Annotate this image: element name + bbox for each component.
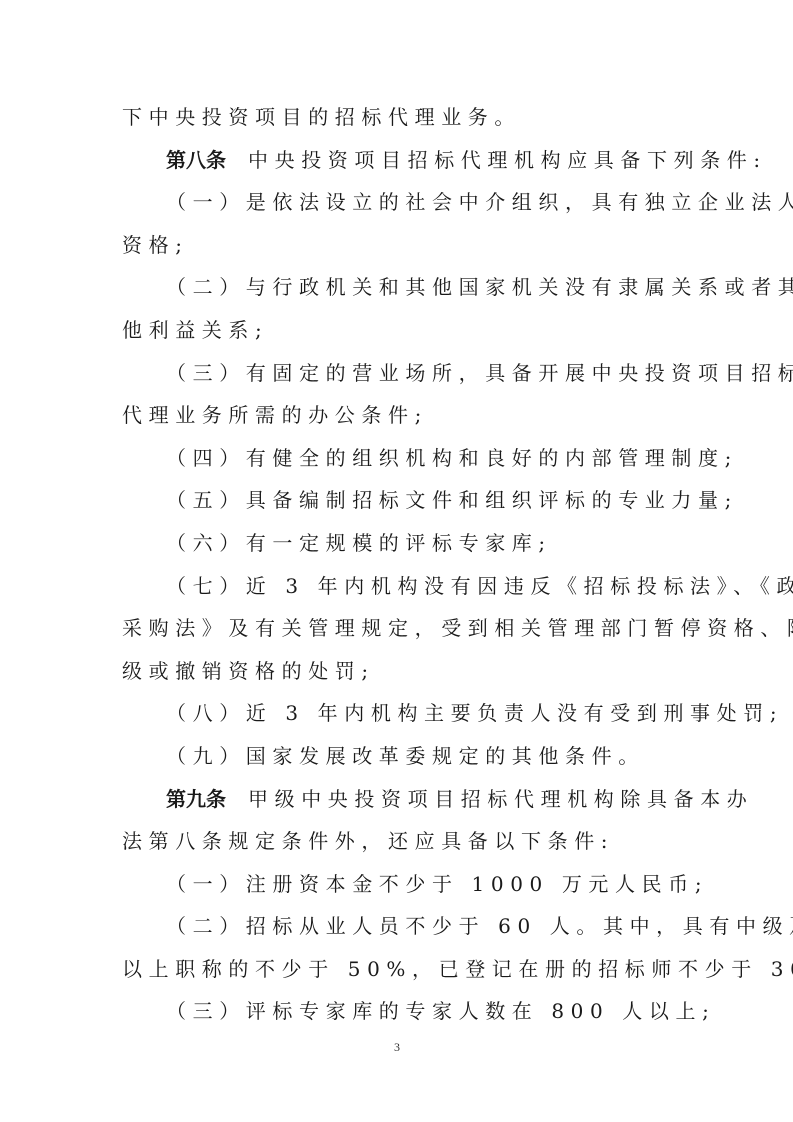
article-label: 第九条 bbox=[166, 787, 226, 811]
article-label: 第八条 bbox=[166, 148, 226, 172]
text-line: （八）近 3 年内机构主要负责人没有受到刑事处罚; bbox=[122, 692, 674, 735]
page-number: 3 bbox=[390, 1040, 404, 1055]
article-text: 中央投资项目招标代理机构应具备下列条件: bbox=[248, 148, 767, 172]
text-line: （五）具备编制招标文件和组织评标的专业力量; bbox=[122, 479, 674, 522]
text-line: （三）评标专家库的专家人数在 800 人以上; bbox=[122, 990, 674, 1033]
text-line: 资格; bbox=[122, 224, 674, 267]
article-9-heading-line: 第九条甲级中央投资项目招标代理机构除具备本办 bbox=[122, 778, 674, 821]
text-line: 下中央投资项目的招标代理业务。 bbox=[122, 96, 674, 139]
text-line: （一）是依法设立的社会中介组织，具有独立企业法人 bbox=[122, 181, 674, 224]
text-line: 以上职称的不少于 50%，已登记在册的招标师不少于 30%; bbox=[122, 948, 674, 991]
text-line: 级或撤销资格的处罚; bbox=[122, 650, 674, 693]
text-line: （一）注册资本金不少于 1000 万元人民币; bbox=[122, 863, 674, 906]
text-line: （二）与行政机关和其他国家机关没有隶属关系或者其 bbox=[122, 266, 674, 309]
text-line: 法第八条规定条件外，还应具备以下条件: bbox=[122, 820, 674, 863]
text-line: （三）有固定的营业场所，具备开展中央投资项目招标 bbox=[122, 352, 674, 395]
article-text: 甲级中央投资项目招标代理机构除具备本办 bbox=[248, 787, 753, 811]
article-8-heading-line: 第八条中央投资项目招标代理机构应具备下列条件: bbox=[122, 139, 674, 182]
text-line: （六）有一定规模的评标专家库; bbox=[122, 522, 674, 565]
document-page: 下中央投资项目的招标代理业务。 第八条中央投资项目招标代理机构应具备下列条件: … bbox=[0, 0, 793, 1122]
text-line: （九）国家发展改革委规定的其他条件。 bbox=[122, 735, 674, 778]
text-line: 他利益关系; bbox=[122, 309, 674, 352]
text-line: （四）有健全的组织机构和良好的内部管理制度; bbox=[122, 437, 674, 480]
text-line: （二）招标从业人员不少于 60 人。其中，具有中级及 bbox=[122, 905, 674, 948]
text-line: 代理业务所需的办公条件; bbox=[122, 394, 674, 437]
document-body: 下中央投资项目的招标代理业务。 第八条中央投资项目招标代理机构应具备下列条件: … bbox=[122, 96, 674, 1033]
text-line: （七）近 3 年内机构没有因违反《招标投标法》、《政府 bbox=[122, 565, 674, 608]
text-line: 采购法》及有关管理规定，受到相关管理部门暂停资格、降 bbox=[122, 607, 674, 650]
